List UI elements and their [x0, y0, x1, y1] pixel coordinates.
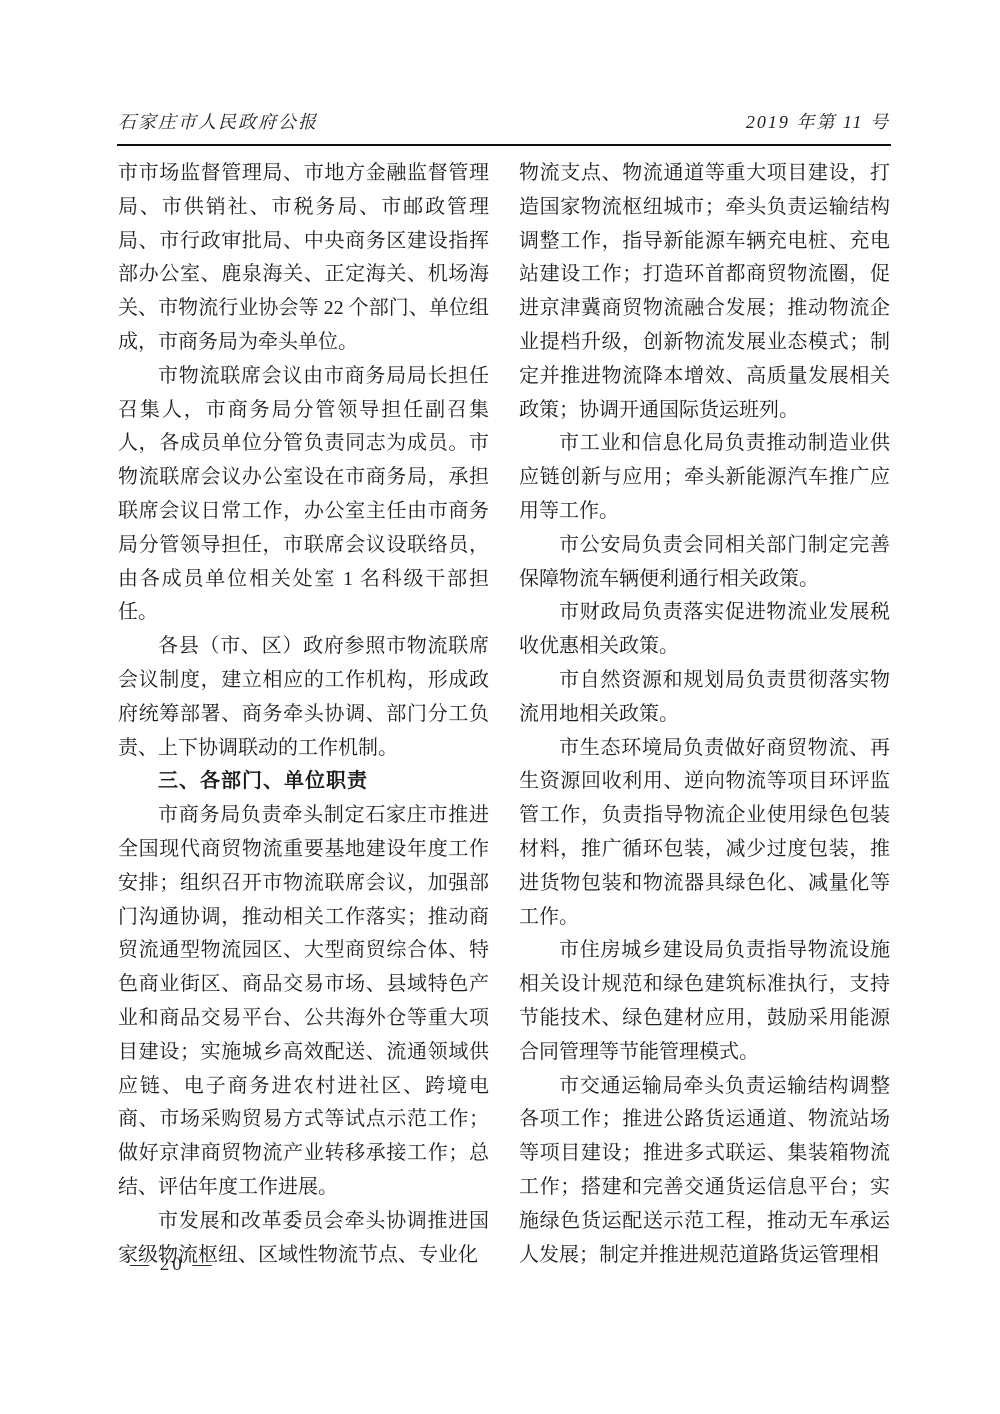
paragraph: 市物流联席会议由市商务局局长担任召集人，市商务局分管领导担任副召集人，各成员单位…: [118, 360, 489, 630]
document-body: 市市场监督管理局、市地方金融监督管理局、市供销社、市税务局、市邮政管理局、市行政…: [118, 157, 890, 1272]
paragraph: 市住房城乡建设局负责指导物流设施相关设计规范和绿色建筑标准执行，支持节能技术、绿…: [519, 934, 890, 1069]
page-header: 石家庄市人民政府公报 2019 年第 11 号: [118, 108, 890, 134]
paragraph: 各县（市、区）政府参照市物流联席会议制度，建立相应的工作机构，形成政府统筹部署、…: [118, 630, 489, 765]
paragraph: 市公安局负责会同相关部门制定完善保障物流车辆便利通行相关政策。: [519, 529, 890, 597]
header-divider: [117, 144, 891, 146]
paragraph: 市生态环境局负责做好商贸物流、再生资源回收利用、逆向物流等项目环评监管工作，负责…: [519, 732, 890, 935]
page-number: — 20 —: [130, 1254, 215, 1276]
paragraph: 物流支点、物流通道等重大项目建设，打造国家物流枢纽城市；牵头负责运输结构调整工作…: [519, 157, 890, 427]
paragraph: 市商务局负责牵头制定石家庄市推进全国现代商贸物流重要基地建设年度工作安排；组织召…: [118, 799, 489, 1205]
paragraph: 市工业和信息化局负责推动制造业供应链创新与应用；牵头新能源汽车推广应用等工作。: [519, 427, 890, 528]
paragraph: 市自然资源和规划局负责贯彻落实物流用地相关政策。: [519, 664, 890, 732]
gazette-page: 石家庄市人民政府公报 2019 年第 11 号 市市场监督管理局、市地方金融监督…: [0, 0, 1000, 1414]
issue-number: 2019 年第 11 号: [746, 108, 890, 134]
column-left: 市市场监督管理局、市地方金融监督管理局、市供销社、市税务局、市邮政管理局、市行政…: [118, 157, 489, 1272]
paragraph: 市市场监督管理局、市地方金融监督管理局、市供销社、市税务局、市邮政管理局、市行政…: [118, 157, 489, 360]
paragraph: 市财政局负责落实促进物流业发展税收优惠相关政策。: [519, 596, 890, 664]
column-right: 物流支点、物流通道等重大项目建设，打造国家物流枢纽城市；牵头负责运输结构调整工作…: [519, 157, 890, 1272]
section-heading: 三、各部门、单位职责: [118, 765, 489, 799]
gazette-title: 石家庄市人民政府公报: [118, 108, 318, 134]
paragraph: 市交通运输局牵头负责运输结构调整各项工作；推进公路货运通道、物流站场等项目建设；…: [519, 1070, 890, 1273]
